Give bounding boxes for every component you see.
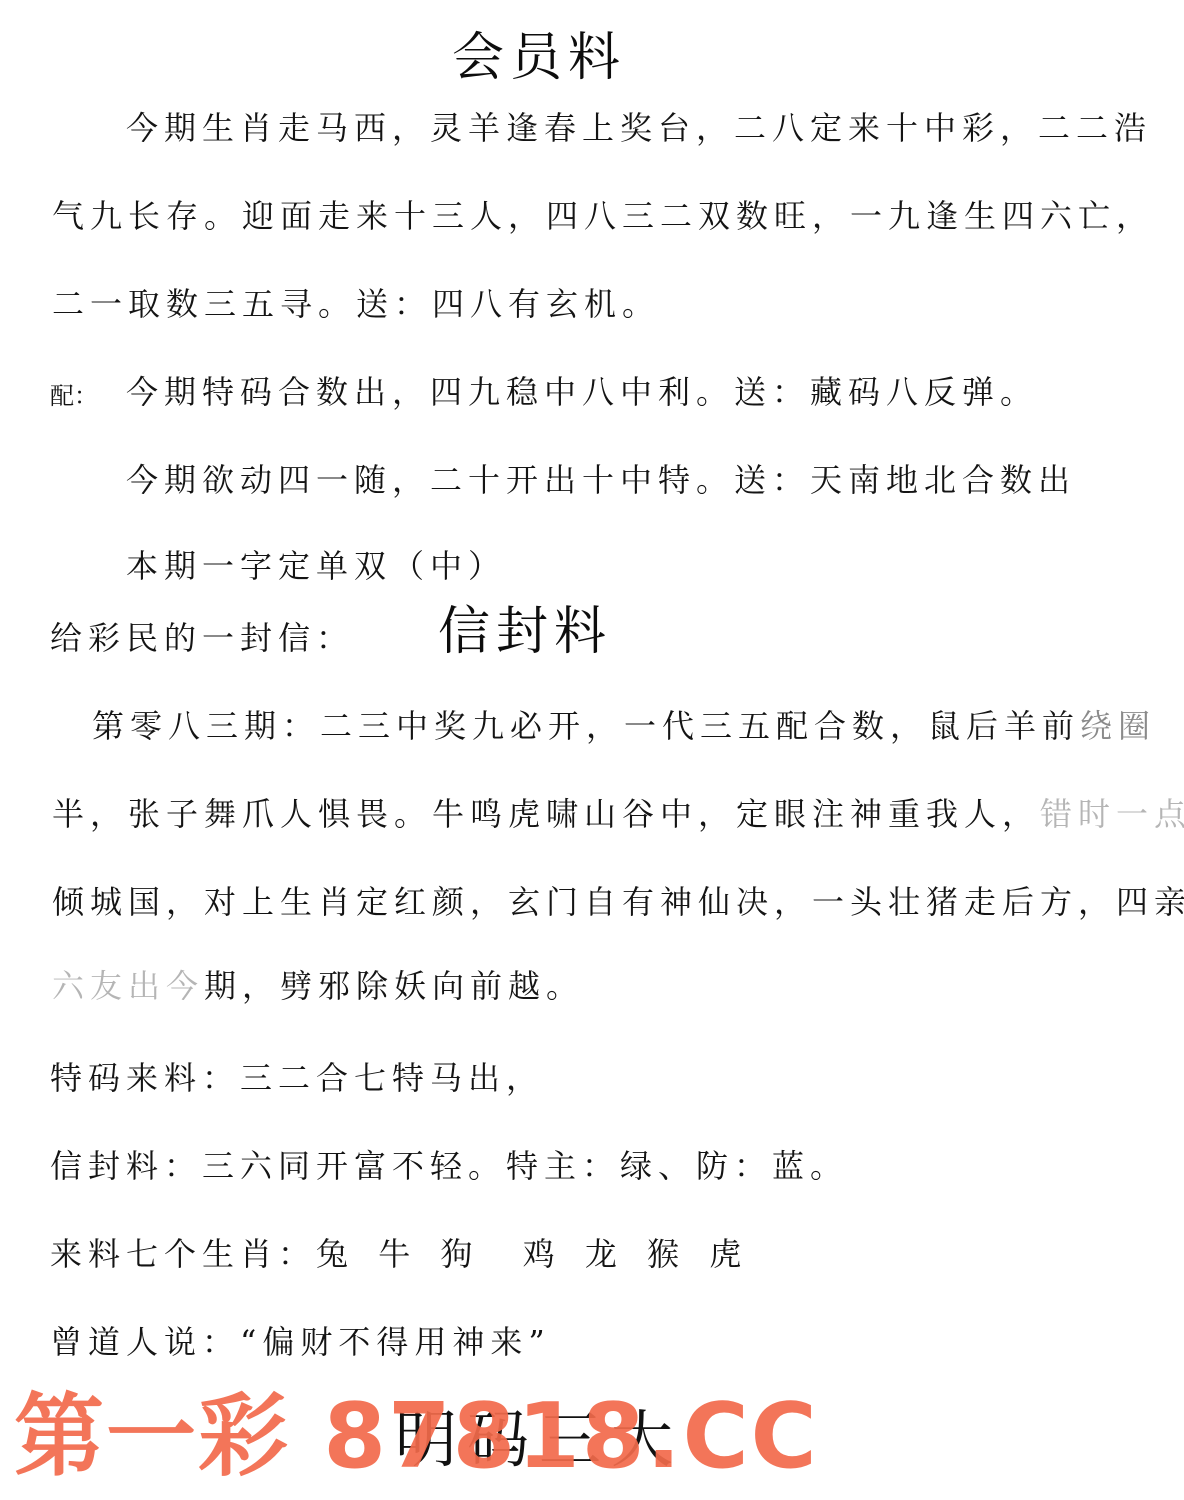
tema-laoliao: 特码来料：三二合七特马出， [50,1058,544,1098]
site-watermark: 第一彩 87818.CC [14,1382,819,1492]
member-title: 会员料 [452,28,626,88]
letter-line-1: 第零八三期：二三中奖九必开，一代三五配合数，鼠后羊前绕圈 [92,706,1156,746]
xinfeng-liao: 信封料：三六同开富不轻。特主：绿、防：蓝。 [50,1146,848,1186]
seven-zodiacs: 来料七个生肖：兔 牛 狗 鸡 龙 猴 虎 [50,1234,751,1274]
poem-line-1: 今期生肖走马西，灵羊逢春上奖台，二八定来十中彩，二二浩 [126,108,1152,148]
letter-title: 信封料 [438,602,612,662]
letter-label: 给彩民的一封信： [50,618,354,658]
letter-line-1-faded: 绕圈 [1080,707,1156,745]
letter-line-3-main: 倾城国，对上生肖定红颜，玄门自有神仙决，一头壮猪走后方，四亲 [52,883,1184,921]
letter-line-4: 六友出今期，劈邪除妖向前越。 [52,966,584,1006]
letter-line-2-faded: 错时一点 [1040,795,1184,833]
seven-zodiacs-label: 来料七个生肖： [50,1235,316,1273]
pei-label: 配： [50,376,98,416]
letter-line-2-main: 半，张子舞爪人惧畏。牛鸣虎啸山谷中，定眼注神重我人， [52,795,1040,833]
pei-line-2: 今期欲动四一随，二十开出十中特。送：天南地北合数出 [126,460,1076,500]
letter-line-4-faded: 六友出今 [52,967,204,1005]
pei-line-3: 本期一字定单双（中） [126,546,506,586]
pei-line-1: 今期特码合数出，四九稳中八中利。送：藏码八反弹。 [126,372,1038,412]
letter-line-1-main: 第零八三期：二三中奖九必开，一代三五配合数，鼠后羊前 [92,707,1080,745]
letter-line-2: 半，张子舞爪人惧畏。牛鸣虎啸山谷中，定眼注神重我人，错时一点 [52,794,1184,834]
seven-zodiacs-list: 兔 牛 狗 鸡 龙 猴 虎 [316,1235,751,1273]
letter-line-4-main: 期，劈邪除妖向前越。 [204,967,584,1005]
letter-line-3: 倾城国，对上生肖定红颜，玄门自有神仙决，一头壮猪走后方，四亲 [52,882,1184,922]
poem-line-2: 气九长存。迎面走来十三人，四八三二双数旺，一九逢生四六亡， [52,196,1154,236]
poem-line-3: 二一取数三五寻。送：四八有玄机。 [52,284,660,324]
daoist-saying: 曾道人说：“偏财不得用神来” [50,1322,551,1362]
